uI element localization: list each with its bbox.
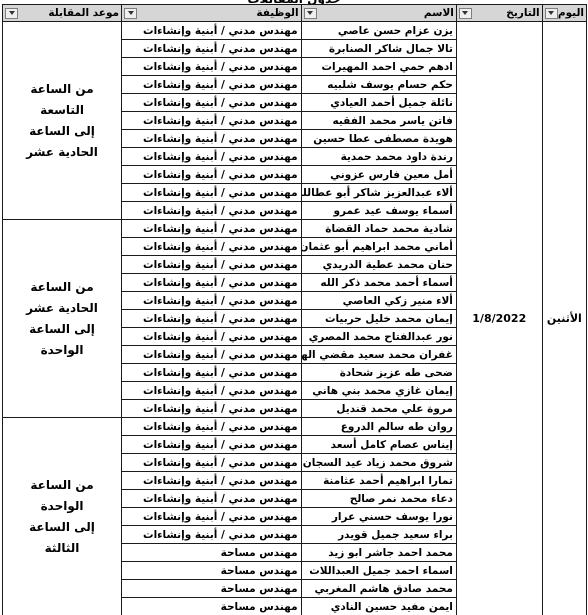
column-header-date[interactable]: التاريخ	[456, 5, 542, 22]
job-cell[interactable]: مهندس مساحة	[122, 562, 302, 580]
filter-dropdown-icon-day[interactable]	[545, 8, 558, 19]
name-cell[interactable]: رندة داود محمد حمدية	[301, 148, 456, 166]
name-cell[interactable]: ايمن مفيد حسين النادي	[301, 598, 456, 615]
job-cell[interactable]: مهندس مدني / أبنية وإنشاءات	[122, 364, 302, 382]
name-cell[interactable]: شروق محمد زياد عيد السجان	[301, 454, 456, 472]
name-cell[interactable]: ألاء منير زكي العاصي	[301, 292, 456, 310]
header-job-label: الوظيفة	[256, 7, 298, 19]
name-cell[interactable]: هويدة مصطفى عطا حسين	[301, 130, 456, 148]
job-cell[interactable]: مهندس مدني / أبنية وإنشاءات	[122, 58, 302, 76]
job-cell[interactable]: مهندس مدني / أبنية وإنشاءات	[122, 220, 302, 238]
job-cell[interactable]: مهندس مدني / أبنية وإنشاءات	[122, 274, 302, 292]
name-cell[interactable]: أمل معين فارس عزوني	[301, 166, 456, 184]
name-cell[interactable]: مروة علي محمد قنديل	[301, 400, 456, 418]
date-cell[interactable]: 1/8/2022	[456, 22, 542, 615]
appointment-slot-cell[interactable]: من الساعةالتاسعةإلى الساعةالحادية عشر	[3, 22, 122, 220]
name-cell[interactable]: إيمان غازي محمد بني هاني	[301, 382, 456, 400]
job-cell[interactable]: مهندس مدني / أبنية وإنشاءات	[122, 436, 302, 454]
name-cell[interactable]: تالا جمال شاكر الصنابرة	[301, 40, 456, 58]
filter-dropdown-icon-appointment[interactable]	[5, 8, 18, 19]
name-cell[interactable]: اسماء احمد جميل العبداللات	[301, 562, 456, 580]
appointment-slot-label-line: من الساعة	[3, 79, 121, 100]
job-cell[interactable]: مهندس مدني / أبنية وإنشاءات	[122, 400, 302, 418]
job-cell[interactable]: مهندس مدني / أبنية وإنشاءات	[122, 472, 302, 490]
name-cell[interactable]: روان طه سالم الدروع	[301, 418, 456, 436]
job-cell[interactable]: مهندس مدني / أبنية وإنشاءات	[122, 526, 302, 544]
header-row: اليوم التاريخ الاسم الوظيفة	[3, 5, 587, 22]
column-header-job[interactable]: الوظيفة	[122, 5, 302, 22]
name-cell[interactable]: تمارا ابراهيم أحمد عثامنة	[301, 472, 456, 490]
appointment-slot-label-line: الواحدة	[3, 496, 121, 517]
job-cell[interactable]: مهندس مدني / أبنية وإنشاءات	[122, 130, 302, 148]
job-cell[interactable]: مهندس مدني / أبنية وإنشاءات	[122, 94, 302, 112]
appointment-slot-label-line: التاسعة	[3, 100, 121, 121]
header-date-label: التاريخ	[506, 7, 539, 19]
job-cell[interactable]: مهندس مدني / أبنية وإنشاءات	[122, 202, 302, 220]
job-cell[interactable]: مهندس مدني / أبنية وإنشاءات	[122, 346, 302, 364]
job-cell[interactable]: مهندس مساحة	[122, 544, 302, 562]
name-cell[interactable]: حكم حسام يوسف شلبيه	[301, 76, 456, 94]
name-cell[interactable]: غفران محمد سعيد مقضي الهياهية	[301, 346, 456, 364]
name-cell[interactable]: إيناس عصام كامل أسعد	[301, 436, 456, 454]
job-cell[interactable]: مهندس مدني / أبنية وإنشاءات	[122, 292, 302, 310]
job-cell[interactable]: مهندس مدني / أبنية وإنشاءات	[122, 382, 302, 400]
name-cell[interactable]: نورا يوسف حسني عرار	[301, 508, 456, 526]
appointment-slot-label-line: إلى الساعة	[3, 121, 121, 142]
name-cell[interactable]: نور عبدالفتاح محمد المصري	[301, 328, 456, 346]
name-cell[interactable]: براء سعيد جميل قويدر	[301, 526, 456, 544]
name-cell[interactable]: ضحى طه عزيز شحادة	[301, 364, 456, 382]
job-cell[interactable]: مهندس مدني / أبنية وإنشاءات	[122, 238, 302, 256]
appointment-slot-label-line: الحادية عشر	[3, 298, 121, 319]
name-cell[interactable]: إيمان محمد خليل حربيات	[301, 310, 456, 328]
name-cell[interactable]: نائلة جميل أحمد العيادي	[301, 94, 456, 112]
name-cell[interactable]: يزن عزام حسن عاصي	[301, 22, 456, 40]
job-cell[interactable]: مهندس مدني / أبنية وإنشاءات	[122, 184, 302, 202]
name-cell[interactable]: دعاء محمد نمر صالح	[301, 490, 456, 508]
job-cell[interactable]: مهندس مدني / أبنية وإنشاءات	[122, 166, 302, 184]
name-cell[interactable]: أماني محمد ابراهيم أبو عثمان	[301, 238, 456, 256]
name-cell[interactable]: محمد احمد جاشر ابو زيد	[301, 544, 456, 562]
header-name-label: الاسم	[424, 7, 454, 19]
name-cell[interactable]: حنان محمد عطية الدريدي	[301, 256, 456, 274]
header-day-label: اليوم	[558, 7, 584, 19]
filter-dropdown-icon-job[interactable]	[124, 8, 137, 19]
job-cell[interactable]: مهندس مساحة	[122, 598, 302, 615]
appointment-slot-label-line: من الساعة	[3, 277, 121, 298]
header-appointment-label: موعد المقابلة	[48, 7, 119, 19]
job-cell[interactable]: مهندس مدني / أبنية وإنشاءات	[122, 148, 302, 166]
interview-schedule-table: اليوم التاريخ الاسم الوظيفة	[2, 4, 587, 615]
name-cell[interactable]: أسماء يوسف عيد عمرو	[301, 202, 456, 220]
name-cell[interactable]: شادية محمد حماد القضاة	[301, 220, 456, 238]
job-cell[interactable]: مهندس مدني / أبنية وإنشاءات	[122, 508, 302, 526]
appointment-slot-label-line: إلى الساعة	[3, 517, 121, 538]
job-cell[interactable]: مهندس مدني / أبنية وإنشاءات	[122, 310, 302, 328]
job-cell[interactable]: مهندس مدني / أبنية وإنشاءات	[122, 112, 302, 130]
job-cell[interactable]: مهندس مدني / أبنية وإنشاءات	[122, 76, 302, 94]
table-row: الأثنين1/8/2022يزن عزام حسن عاصيمهندس مد…	[3, 22, 587, 40]
name-cell[interactable]: فاتن ياسر محمد الفقيه	[301, 112, 456, 130]
name-cell[interactable]: ادهم حمي احمد المهيرات	[301, 58, 456, 76]
appointment-slot-label-line: الواحدة	[3, 340, 121, 361]
filter-dropdown-icon-name[interactable]	[304, 8, 317, 19]
day-cell[interactable]: الأثنين	[542, 22, 586, 615]
column-header-day[interactable]: اليوم	[542, 5, 586, 22]
appointment-slot-label-line: إلى الساعة	[3, 319, 121, 340]
appointment-slot-cell[interactable]: من الساعةالواحدةإلى الساعةالثالثة	[3, 418, 122, 615]
job-cell[interactable]: مهندس مدني / أبنية وإنشاءات	[122, 40, 302, 58]
name-cell[interactable]: أسماء أحمد محمد ذكر الله	[301, 274, 456, 292]
column-header-appointment[interactable]: موعد المقابلة	[3, 5, 122, 22]
table-body: الأثنين1/8/2022يزن عزام حسن عاصيمهندس مد…	[3, 22, 587, 615]
appointment-slot-label-line: الثالثة	[3, 538, 121, 559]
job-cell[interactable]: مهندس مدني / أبنية وإنشاءات	[122, 418, 302, 436]
name-cell[interactable]: محمد صادق هاشم المغربي	[301, 580, 456, 598]
appointment-slot-label-line: من الساعة	[3, 475, 121, 496]
job-cell[interactable]: مهندس مدني / أبنية وإنشاءات	[122, 256, 302, 274]
name-cell[interactable]: ألاء عبدالعزيز شاكر أبو عطالله	[301, 184, 456, 202]
job-cell[interactable]: مهندس مساحة	[122, 580, 302, 598]
appointment-slot-label-line: الحادية عشر	[3, 142, 121, 163]
job-cell[interactable]: مهندس مدني / أبنية وإنشاءات	[122, 490, 302, 508]
job-cell[interactable]: مهندس مدني / أبنية وإنشاءات	[122, 22, 302, 40]
job-cell[interactable]: مهندس مدني / أبنية وإنشاءات	[122, 328, 302, 346]
filter-dropdown-icon-date[interactable]	[459, 8, 472, 19]
job-cell[interactable]: مهندس مدني / أبنية وإنشاءات	[122, 454, 302, 472]
appointment-slot-cell[interactable]: من الساعةالحادية عشرإلى الساعةالواحدة	[3, 220, 122, 418]
column-header-name[interactable]: الاسم	[301, 5, 456, 22]
